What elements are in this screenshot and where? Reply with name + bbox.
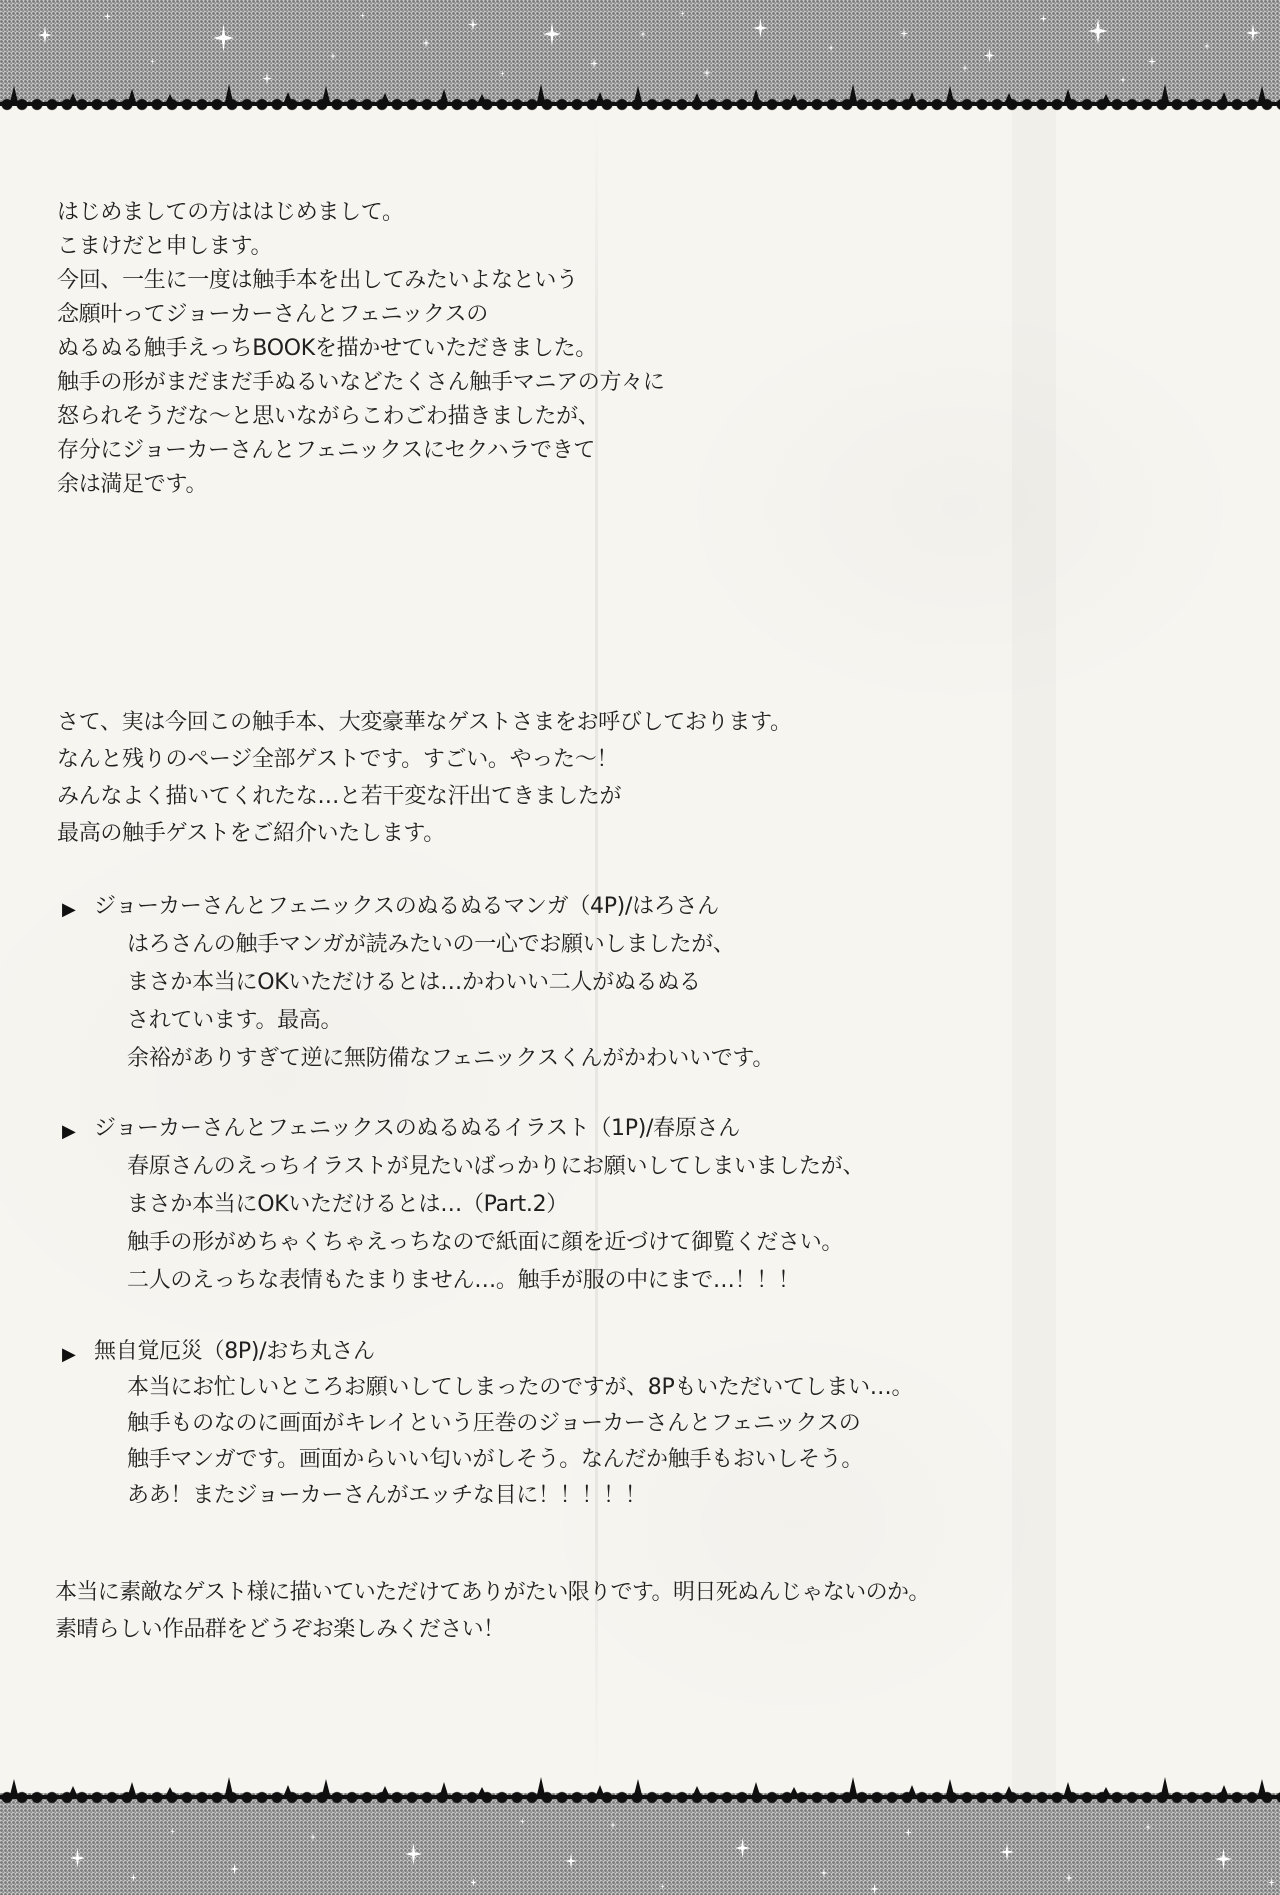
guest-announcement-paragraph: さて、実は今回この触手本、大変豪華なゲストさまをお呼びしております。なんと残りの… (57, 704, 792, 852)
lace-spike (440, 1782, 448, 1795)
lace-spike (69, 1786, 77, 1795)
text-line: 素晴らしい作品群をどうぞお楽しみください！ (55, 1611, 930, 1648)
lace-spike (908, 92, 916, 102)
sparkle-star-icon (1088, 18, 1108, 44)
sparkle-star-icon (1040, 14, 1047, 23)
guest-work-title: ジョーカーさんとフェニックスのぬるぬるマンガ（4P)/はろさん (94, 888, 774, 926)
sparkle-star-icon (962, 64, 968, 72)
lace-spike (634, 1779, 642, 1795)
guest-work-title: 無自覚厄災（8P)/おち丸さん (94, 1334, 913, 1370)
text-line: なんと残りのページ全部ゲストです。すごい。やった〜！ (57, 741, 792, 778)
decorative-border-top (0, 0, 1280, 102)
lace-spike (634, 86, 642, 102)
guest-entry: ▶ 無自覚厄災（8P)/おち丸さん 本当にお忙しいところお願いしてしまったのです… (94, 1334, 913, 1514)
text-line: こまけだと申します。 (57, 230, 665, 264)
sparkle-star-icon (565, 1853, 577, 1869)
lace-spike (322, 1779, 330, 1795)
text-line: ああ！またジョーカーさんがエッチな目に！！！！！ (127, 1478, 913, 1514)
sparkle-star-icon (405, 1843, 422, 1865)
decorative-border-bottom (0, 1793, 1280, 1895)
sparkle-star-icon (520, 1818, 525, 1825)
sparkle-star-icon (900, 28, 908, 39)
afterword-page: はじめましての方ははじめまして。こまけだと申します。今回、一生に一度は触手本を出… (0, 0, 1280, 1895)
lace-spike (1005, 1786, 1013, 1795)
guest-entry: ▶ ジョーカーさんとフェニックスのぬるぬるマンガ（4P)/はろさん はろさんの触… (94, 888, 774, 1078)
lace-spike (790, 94, 798, 102)
lace-spike (537, 1777, 545, 1795)
text-line: 今回、一生に一度は触手本を出してみたいよなという (57, 264, 665, 298)
guest-comment: はろさんの触手マンガが読みたいの一心でお願いしましたが、まさか本当にOKいただけ… (127, 926, 774, 1078)
lace-spike (381, 93, 389, 102)
sparkle-star-icon (590, 58, 598, 69)
sparkle-star-icon (660, 1883, 665, 1890)
text-line: 触手ものなのに画面がキレイという圧巻のジョーカーさんとフェニックスの (127, 1406, 913, 1442)
lace-spike (946, 86, 954, 102)
text-line: 春原さんのえっちイラストが見たいばっかりにお願いしてしまいましたが、 (127, 1148, 864, 1186)
sparkle-star-icon (500, 70, 505, 77)
sparkle-star-icon (213, 24, 234, 52)
lace-spike (1005, 93, 1013, 102)
sparkle-star-icon (230, 1863, 239, 1875)
lace-edge-bottom (0, 1774, 1280, 1804)
text-line: 二人のえっちな表情もたまりません…。触手が服の中にまで…！！！ (127, 1262, 864, 1300)
lace-spike (849, 1777, 857, 1795)
guest-entry: ▶ ジョーカーさんとフェニックスのぬるぬるイラスト（1P)/春原さん 春原さんの… (94, 1110, 864, 1300)
lace-spike (946, 1779, 954, 1795)
text-line: みんなよく描いてくれたな…と若干変な汗出てきましたが (57, 778, 792, 815)
lace-spike (225, 1777, 233, 1795)
sparkle-star-icon (870, 1883, 879, 1895)
lace-spike (1220, 1785, 1228, 1795)
lace-spike (908, 1785, 916, 1795)
lace-spike (10, 86, 18, 102)
text-line: まさか本当にOKいただけるとは…かわいい二人がぬるぬる (127, 964, 774, 1002)
sparkle-star-icon (753, 18, 768, 38)
sparkle-star-icon (130, 1873, 137, 1882)
closing-paragraph: 本当に素敵なゲスト様に描いていただけてありがたい限りです。明日死ぬんじゃないのか… (55, 1574, 930, 1648)
intro-paragraph: はじめましての方ははじめまして。こまけだと申します。今回、一生に一度は触手本を出… (57, 196, 665, 502)
sparkle-star-icon (820, 1868, 828, 1878)
lace-spike (1064, 1782, 1072, 1795)
sparkle-star-icon (984, 48, 995, 63)
lace-spike (322, 86, 330, 102)
lace-spike (478, 94, 486, 102)
lace-spike (1258, 86, 1266, 102)
text-line: 触手の形がまだまだ手ぬるいなどたくさん触手マニアの方々に (57, 366, 665, 400)
sparkle-star-icon (70, 1848, 85, 1868)
sparkle-star-icon (640, 30, 646, 38)
lace-spike (440, 89, 448, 102)
sparkle-star-icon (1065, 1873, 1073, 1883)
text-line: されています。最高。 (127, 1002, 774, 1040)
sparkle-star-icon (543, 22, 561, 46)
lace-spike (1161, 1777, 1169, 1795)
text-line: 余裕がありすぎて逆に無防備なフェニックスくんがかわいいです。 (127, 1040, 774, 1078)
lace-spike (128, 1782, 136, 1795)
lace-spike (128, 89, 136, 102)
triangle-bullet-icon: ▶ (62, 1113, 76, 1151)
lace-spike (596, 1785, 604, 1795)
sparkle-star-icon (310, 1833, 316, 1841)
text-line: ぬるぬる触手えっちBOOKを描かせていただきました。 (57, 332, 665, 366)
lace-spike (1258, 1779, 1266, 1795)
lace-spike (790, 1787, 798, 1795)
lace-spike (849, 84, 857, 102)
lace-spike (69, 93, 77, 102)
sparkle-star-icon (330, 52, 336, 60)
sparkle-star-icon (470, 1878, 477, 1887)
lace-spike (381, 1786, 389, 1795)
text-line: 存分にジョーカーさんとフェニックスにセクハラできて (57, 434, 665, 468)
text-line: 怒られそうだな〜と思いながらこわごわ描きましたが、 (57, 400, 665, 434)
lace-spike (1161, 84, 1169, 102)
sparkle-star-icon (610, 1821, 616, 1829)
sparkle-star-icon (468, 18, 478, 31)
text-line: 最高の触手ゲストをご紹介いたします。 (57, 815, 792, 852)
text-line: はじめましての方ははじめまして。 (57, 196, 665, 230)
text-line: さて、実は今回この触手本、大変豪華なゲストさまをお呼びしております。 (57, 704, 792, 741)
guest-comment: 本当にお忙しいところお願いしてしまったのですが、8Pもいただいてしまい…。触手も… (127, 1370, 913, 1514)
sparkle-star-icon (1145, 1823, 1151, 1831)
lace-spike (225, 84, 233, 102)
sparkle-star-icon (360, 12, 365, 19)
triangle-bullet-icon: ▶ (62, 891, 76, 929)
lace-spike (10, 1779, 18, 1795)
text-line: 余は満足です。 (57, 468, 665, 502)
scan-shadow-band (1012, 102, 1056, 1793)
text-line: 本当に素敵なゲスト様に描いていただけてありがたい限りです。明日死ぬんじゃないのか… (55, 1574, 930, 1611)
sparkle-star-icon (680, 10, 685, 17)
lace-spike (752, 89, 760, 102)
sparkle-star-icon (1246, 24, 1260, 42)
sparkle-star-icon (150, 58, 155, 65)
lace-spike (284, 1785, 292, 1795)
sparkle-star-icon (703, 68, 711, 78)
lace-edge-top (0, 81, 1280, 111)
sparkle-star-icon (1148, 56, 1156, 67)
guest-work-title: ジョーカーさんとフェニックスのぬるぬるイラスト（1P)/春原さん (94, 1110, 864, 1148)
text-line: 触手の形がめちゃくちゃえっちなので紙面に顔を近づけて御覧ください。 (127, 1224, 864, 1262)
text-line: はろさんの触手マンガが読みたいの一心でお願いしましたが、 (127, 926, 774, 964)
sparkle-star-icon (422, 38, 430, 48)
lace-spike (596, 92, 604, 102)
sparkle-star-icon (735, 1838, 750, 1858)
sparkle-star-icon (828, 44, 834, 52)
lace-spike (284, 92, 292, 102)
lace-spike (1102, 1787, 1110, 1795)
lace-spike (693, 1786, 701, 1795)
lace-spike (1220, 92, 1228, 102)
text-line: 触手マンガです。画面からいい匂いがしそう。なんだか触手もおいしそう。 (127, 1442, 913, 1478)
lace-spike (1064, 89, 1072, 102)
lace-spike (478, 1787, 486, 1795)
lace-spike (1102, 94, 1110, 102)
sparkle-star-icon (905, 1828, 912, 1837)
sparkle-star-icon (1268, 1878, 1275, 1887)
sparkle-star-icon (1215, 1848, 1232, 1870)
sparkle-star-icon (104, 12, 111, 21)
lace-spike (752, 1782, 760, 1795)
text-line: 念願叶ってジョーカーさんとフェニックスの (57, 298, 665, 332)
lace-spike (693, 93, 701, 102)
lace-spike (537, 84, 545, 102)
sparkle-star-icon (1000, 1843, 1014, 1861)
guest-comment: 春原さんのえっちイラストが見たいばっかりにお願いしてしまいましたが、まさか本当に… (127, 1148, 864, 1300)
lace-spike (166, 1787, 174, 1795)
sparkle-star-icon (38, 26, 52, 44)
triangle-bullet-icon: ▶ (62, 1337, 76, 1373)
sparkle-star-icon (1204, 42, 1210, 50)
text-line: 本当にお忙しいところお願いしてしまったのですが、8Pもいただいてしまい…。 (127, 1370, 913, 1406)
text-line: まさか本当にOKいただけるとは…（Part.2） (127, 1186, 864, 1224)
sparkle-star-icon (170, 1828, 175, 1835)
lace-spike (166, 94, 174, 102)
